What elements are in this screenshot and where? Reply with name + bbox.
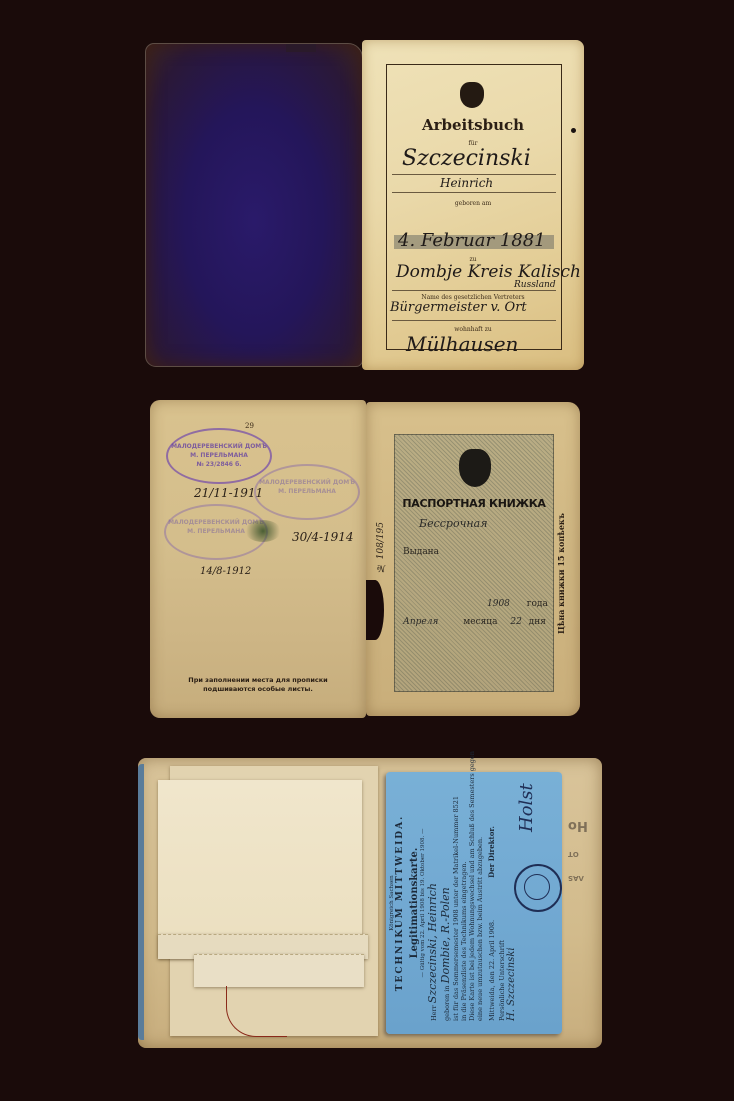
card-body-line: eine neue umzutauschen bzw. beim Austrit… xyxy=(476,777,484,1029)
folded-sheet xyxy=(158,780,362,958)
arbeitsbuch-cover xyxy=(146,44,362,366)
technikum-wallet: Königreich Sachsen TECHNIKUM MITTWEIDA. … xyxy=(138,758,602,1048)
price-text: Цѣна книжки 15 копѣекъ xyxy=(556,494,570,634)
handwritten-date: 30/4-1914 xyxy=(292,530,354,544)
handwritten-birth-place: Dombje Kreis Kalisch xyxy=(396,262,566,282)
card-director-label: Der Direktor. xyxy=(487,826,496,878)
born-label: geboren in xyxy=(443,985,451,1021)
passport-left-page: 29 МАЛОДЕРЕВЕНСКИЙ ДОМЪ М. ПЕРЕЛЬМАНА № … xyxy=(150,400,366,718)
cover-torn-tab xyxy=(286,44,316,52)
card-birthplace: Dombie, R.-Polen xyxy=(439,887,452,983)
handwritten-date: 21/11-1911 xyxy=(194,486,263,500)
day-value: 22 xyxy=(510,617,521,627)
handwritten-country: Russland xyxy=(514,280,684,290)
technikum-seal-icon xyxy=(514,864,562,912)
stamp-line: МАЛОДЕРЕВЕНСКИЙ ДОМЪ xyxy=(168,442,270,451)
page-number: 29 xyxy=(245,422,254,430)
handwritten-birth-date: 4. Februar 1881 xyxy=(398,230,568,251)
passport-right-page: № 108/195 ПАСПОРТНАЯ КНИЖКА Бессрочная В… xyxy=(366,402,580,716)
card-place-date: Mittweida, den 22. April 1908. xyxy=(488,920,496,1021)
card-body-line: ist für das Sommersemester 1908 unter de… xyxy=(452,777,460,1029)
registration-stamp-faded: МАЛОДЕРЕВЕНСКИЙ ДОМЪ М. ПЕРЕЛЬМАНА xyxy=(254,464,360,520)
arbeitsbuch-title-page: Arbeitsbuch für Szczecinski Heinrich geb… xyxy=(362,40,584,370)
label-geboren-am: geboren am xyxy=(362,200,584,207)
month-label: месяца xyxy=(463,617,497,627)
arbeitsbuch-title: Arbeitsbuch xyxy=(362,116,584,134)
month-value: Апреля xyxy=(403,617,438,627)
stamp-line: № 23/2846 б. xyxy=(168,460,270,469)
rule xyxy=(392,192,556,193)
herr-label: Herr xyxy=(430,1005,438,1021)
handwritten-first-name: Heinrich xyxy=(440,176,610,190)
stamp-line: М. ПЕРЕЛЬМАНА xyxy=(168,451,270,460)
serial-number: № 108/195 xyxy=(376,522,386,572)
director-signature: Holst xyxy=(516,783,537,832)
issued-label: Выдана xyxy=(403,547,439,557)
year-line: 1908 года xyxy=(403,599,548,609)
registration-stamp: МАЛОДЕРЕВЕНСКИЙ ДОМЪ М. ПЕРЕЛЬМАНА № 23/… xyxy=(166,428,272,484)
passport-guilloche-frame: ПАСПОРТНАЯ КНИЖКА Бессрочная Выдана 1908… xyxy=(394,434,554,692)
card-name: Szczecinski, Heinrich xyxy=(426,883,439,1003)
page-tear xyxy=(366,580,384,640)
double-headed-eagle-icon xyxy=(459,449,491,487)
rule xyxy=(392,320,556,321)
footer-line: При заполнении места для прописки xyxy=(150,676,366,685)
handwritten-date: 14/8-1912 xyxy=(200,566,251,577)
footer-line: подшиваются особые листы. xyxy=(150,685,366,694)
wallet-print: Ho xyxy=(568,818,588,833)
wallet-print: ΛAS xyxy=(568,874,584,882)
rule xyxy=(392,290,556,291)
handwritten-residence: Mülhausen xyxy=(406,332,576,356)
passport-title: ПАСПОРТНАЯ КНИЖКА xyxy=(395,497,553,510)
rule xyxy=(392,174,556,175)
handwritten-representative: Bürgermeister v. Ort xyxy=(390,300,560,315)
year-value: 1908 xyxy=(487,599,510,609)
card-institution: TECHNIKUM MITTWEIDA. xyxy=(395,777,405,1029)
handwritten-surname: Szczecinski xyxy=(402,146,572,171)
card-body-line: in die Präsenzliste des Technikums einge… xyxy=(460,777,468,1029)
day-label: дня xyxy=(529,617,546,627)
wallet-blue-edge xyxy=(138,764,144,1040)
card-body-line: Diese Karte ist bei jedem Wohnungswechse… xyxy=(468,777,476,1029)
stamp-line: М. ПЕРЕЛЬМАНА xyxy=(256,487,358,496)
issued-line: Выдана xyxy=(403,547,439,557)
card-title: Legitimationskarte. xyxy=(409,777,420,1029)
card-signature-label: Persönliche Unterschrift xyxy=(498,777,506,1029)
imperial-eagle-icon xyxy=(460,82,484,108)
wallet-print: OT xyxy=(568,850,579,858)
handwritten-validity: Бессрочная xyxy=(419,517,488,530)
year-label: года xyxy=(527,599,548,609)
folded-sheet-edge xyxy=(194,954,364,987)
footer-note: При заполнении места для прописки подшив… xyxy=(150,676,366,694)
legitimationskarte: Königreich Sachsen TECHNIKUM MITTWEIDA. … xyxy=(386,772,562,1034)
red-thread xyxy=(226,986,287,1037)
stamp-line: МАЛОДЕРЕВЕНСКИЙ ДОМЪ xyxy=(256,478,358,487)
mould-stain xyxy=(245,520,281,542)
month-day-line: Апреля месяца 22 дня xyxy=(403,617,546,627)
